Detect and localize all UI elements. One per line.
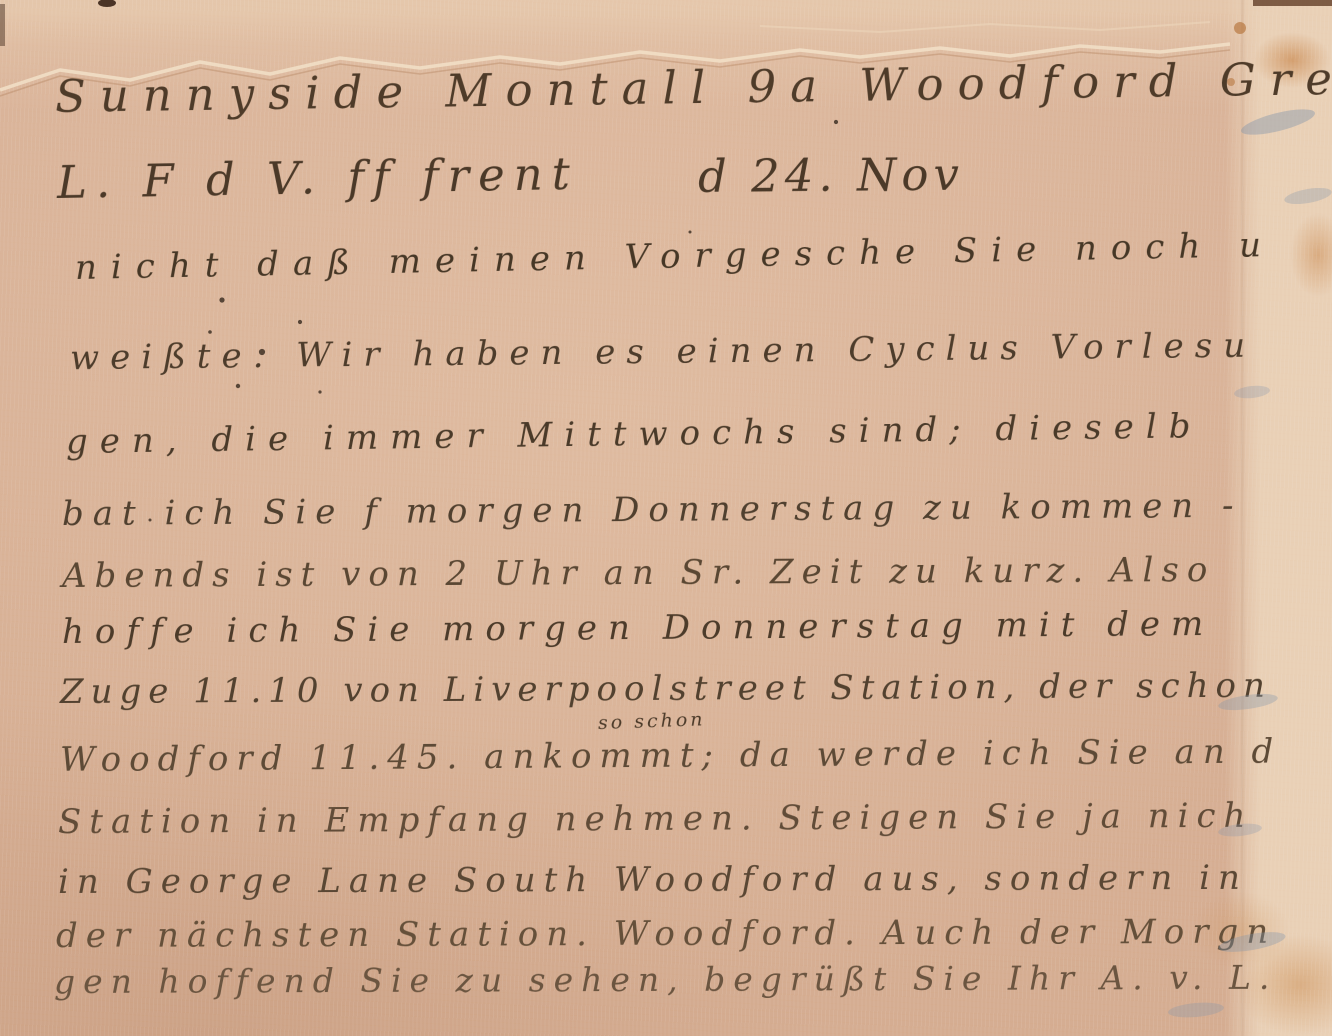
letter-line: nicht daß meinen Vorgesche Sie noch u [75, 225, 1276, 288]
letter-line: der nächsten Station. Woodford. Auch der… [56, 912, 1276, 956]
letter-line: hoffe ich Sie morgen Donnerstag mit dem [62, 604, 1215, 652]
letter-line: in George Lane South Woodford aus, sonde… [58, 858, 1248, 902]
date-line: d 24. Nov [698, 148, 964, 203]
interline-insertion: so schon [598, 708, 706, 734]
letter-line: weißte. Wir haben es einen Cyclus Vorles… [70, 326, 1256, 378]
top-ink-speck [98, 0, 116, 7]
address-line: Sunnyside Montall 9a Woodford Gre [55, 52, 1332, 123]
letter-line: Zuge 11.10 von Liverpoolstreet Station, … [60, 666, 1272, 712]
left-edge-dark [0, 4, 5, 46]
top-right-edge-dark [1253, 0, 1332, 6]
letter-line: gen, die immer Mittwochs sind; dieselb [66, 406, 1203, 462]
signature-line: gen hoffend Sie zu sehen, begrüßt Sie Ih… [54, 958, 1278, 1001]
secondary-crease [760, 22, 1210, 32]
rust-spot [1234, 22, 1246, 34]
letter-line: bat ich Sie f morgen Donnerstag zu komme… [62, 486, 1243, 534]
salutation-line: L. F d V. ff frent [57, 147, 580, 209]
letter-line: Station in Empfang nehmen. Steigen Sie j… [58, 796, 1254, 842]
letter-line: Woodford 11.45. ankommt; da werde ich Si… [60, 731, 1282, 780]
letter-line: Abends ist von 2 Uhr an Sr. Zeit zu kurz… [62, 550, 1216, 596]
letter-scan: Sunnyside Montall 9a Woodford Gre L. F d… [0, 0, 1332, 1036]
